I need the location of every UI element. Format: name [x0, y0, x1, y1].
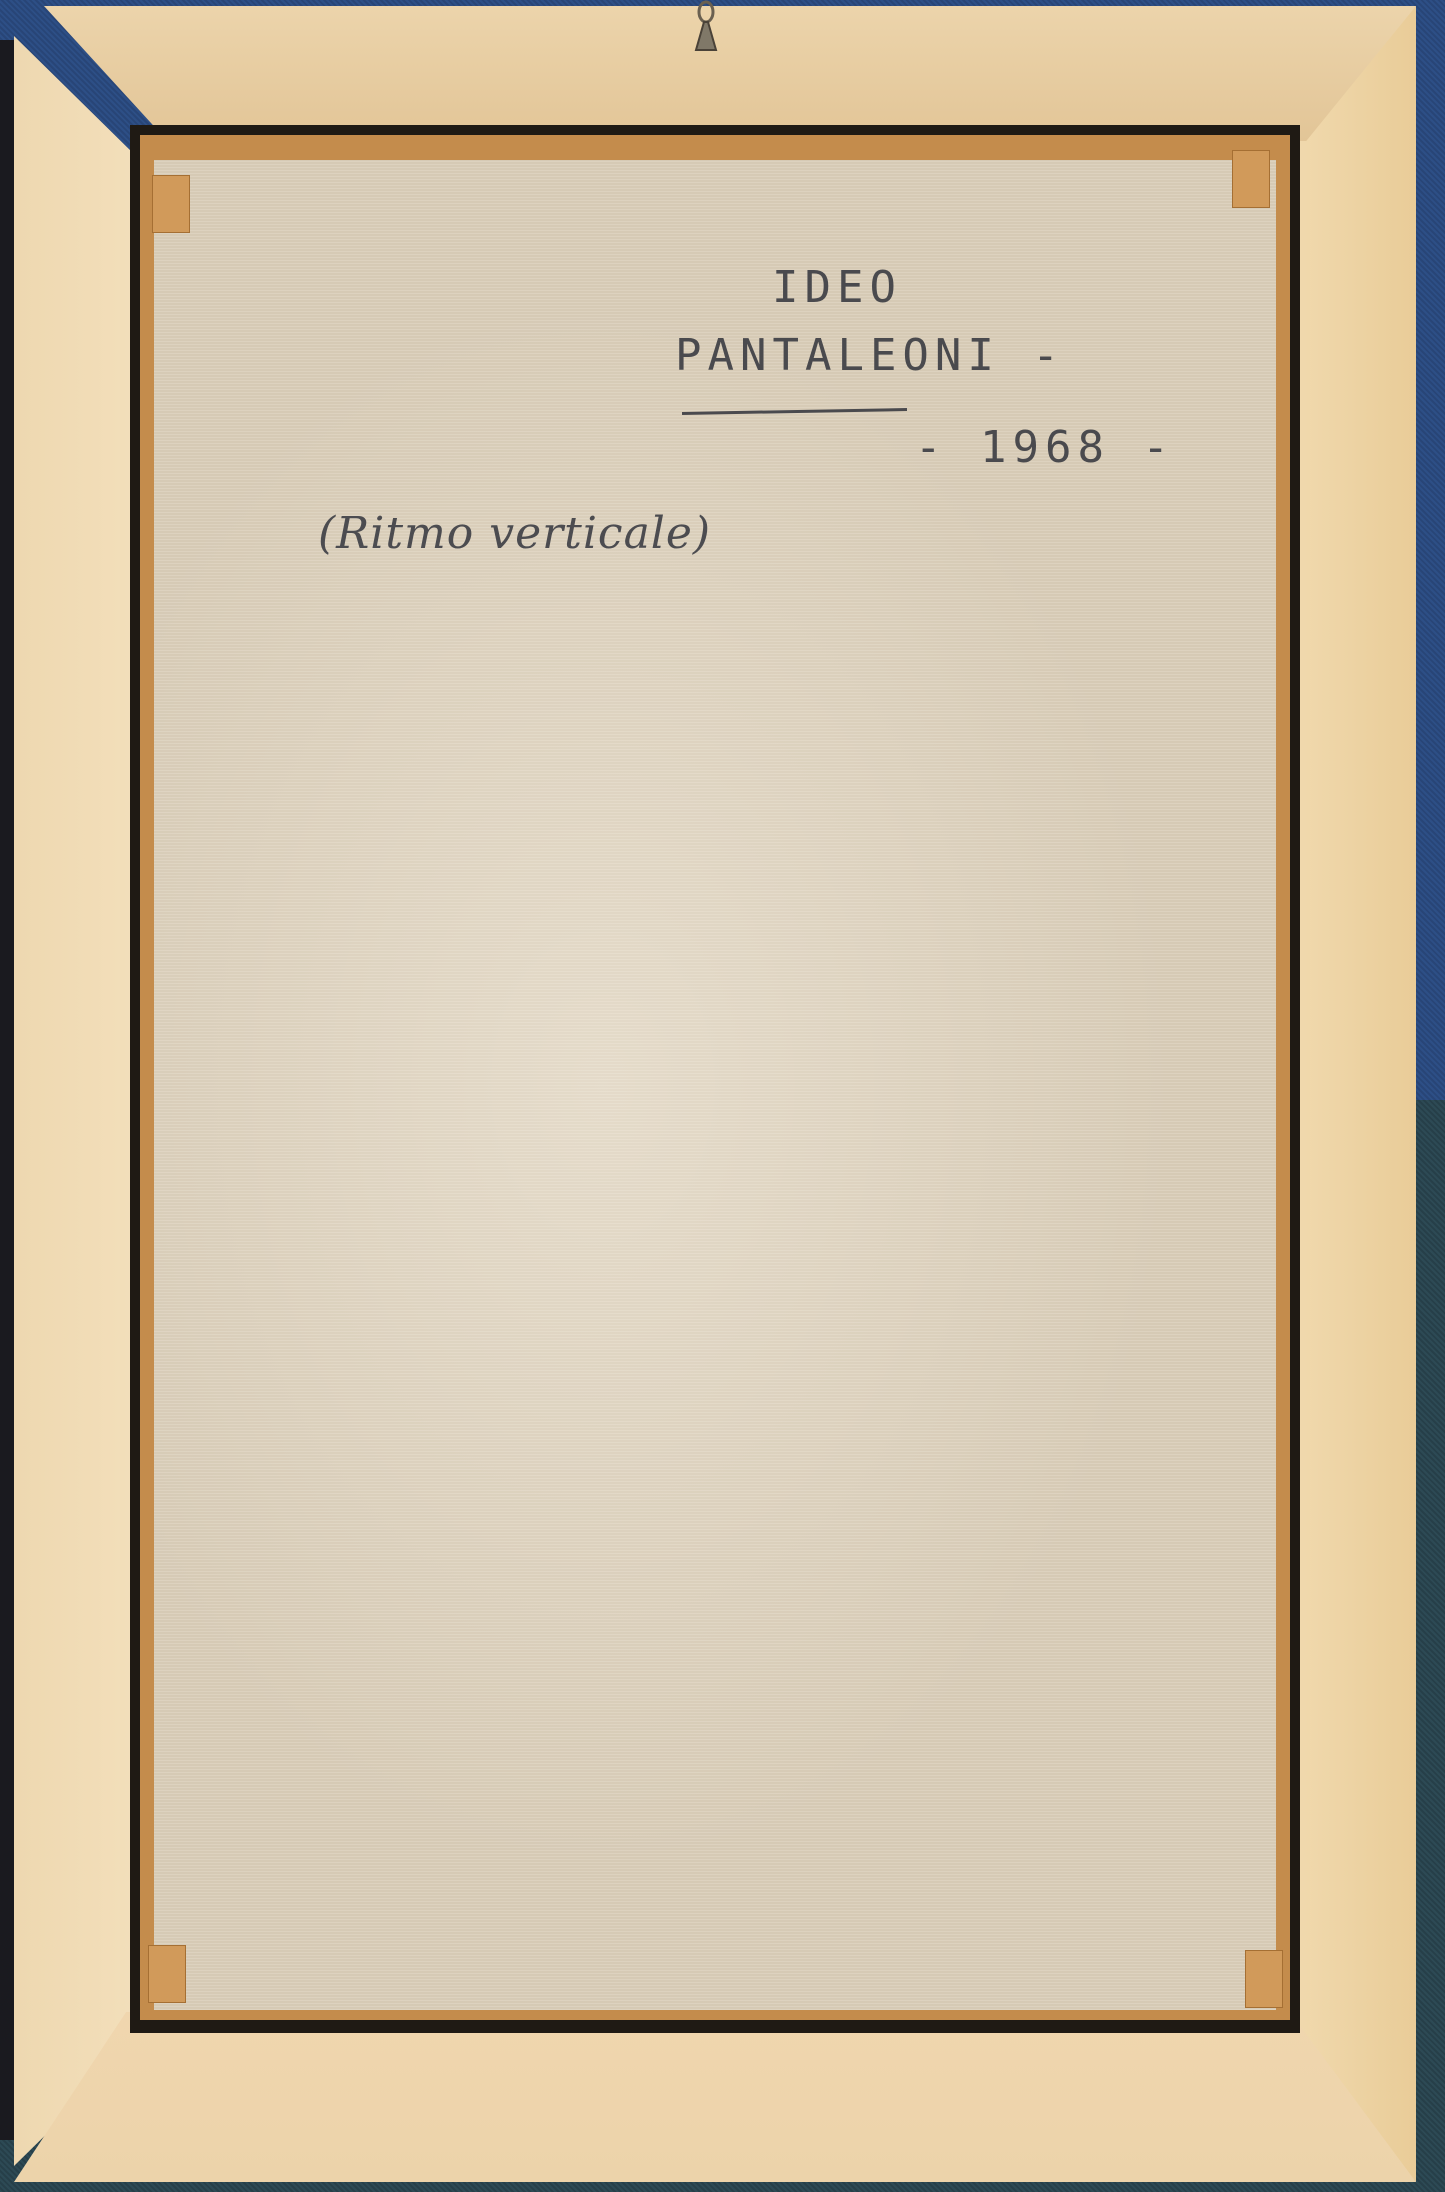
corner-key-top-left — [152, 175, 190, 233]
frame-rail-right — [1286, 6, 1416, 2182]
artist-first-name: IDEO — [772, 262, 902, 313]
hanger-hook-icon — [688, 0, 724, 52]
frame-rail-top — [44, 6, 1416, 141]
frame-rail-bottom — [14, 2012, 1416, 2182]
frame-rail-left — [14, 36, 144, 2166]
corner-key-bottom-left — [148, 1945, 186, 2003]
painting-title: (Ritmo verticale) — [318, 508, 711, 559]
year-inscription: - 1968 - — [915, 422, 1175, 473]
corner-key-bottom-right — [1245, 1950, 1283, 2008]
corner-key-top-right — [1232, 150, 1270, 208]
artist-last-name: PANTALEONI - — [675, 330, 1065, 381]
